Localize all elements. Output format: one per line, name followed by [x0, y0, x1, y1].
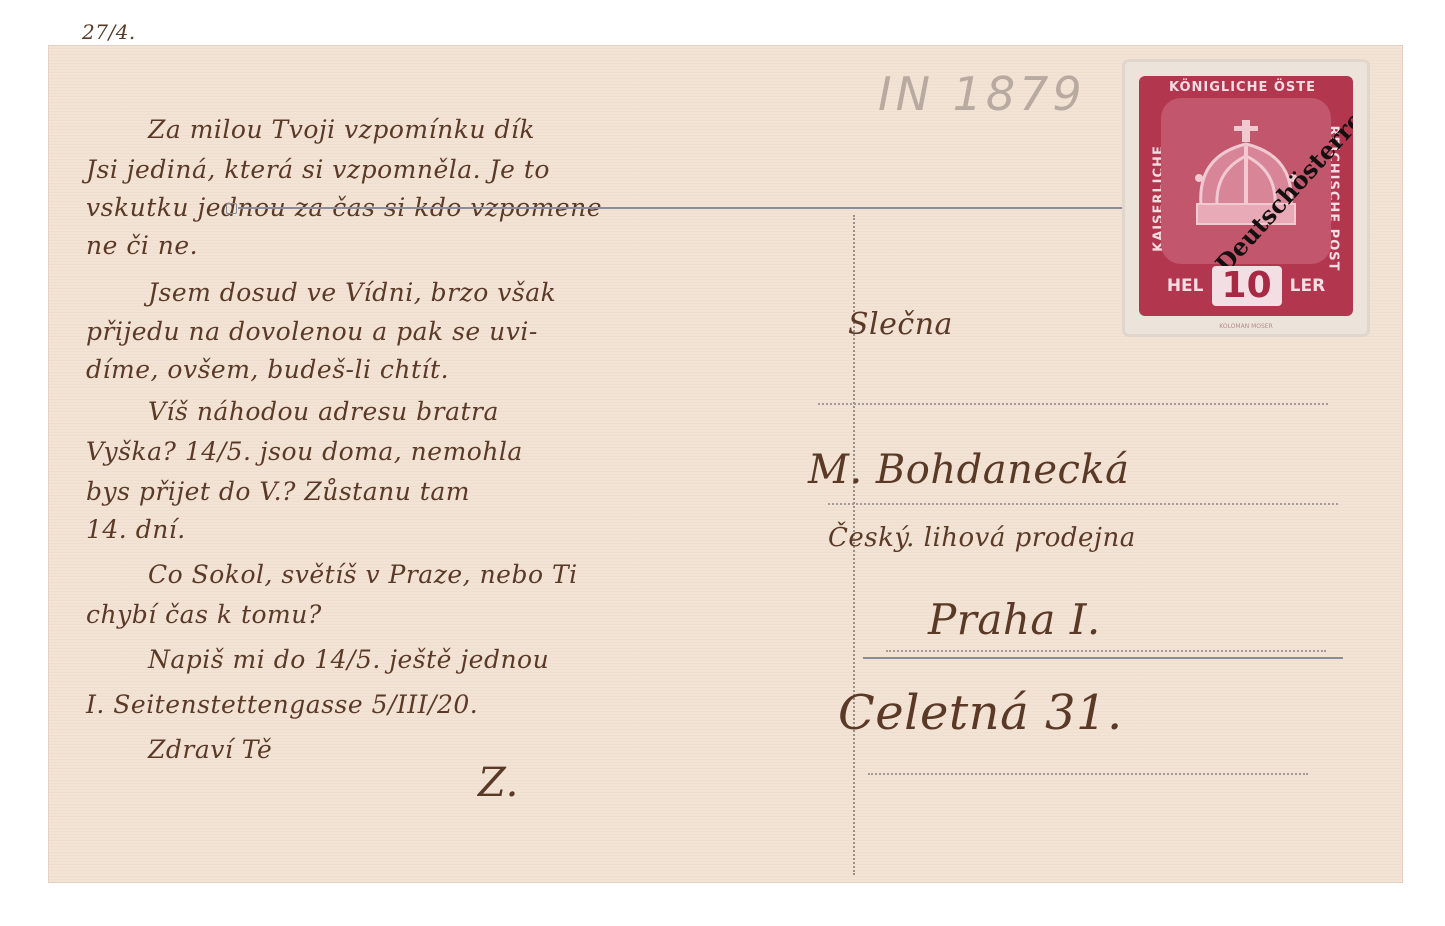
postage-stamp: KÖNIGLICHE ÖSTE KAISERLICHE REICHISCHE P… [1125, 62, 1367, 334]
address-name: M. Bohdanecká [808, 447, 1130, 493]
stamp-denom-right: LER [1290, 276, 1326, 296]
message-line: Za milou Tvoji vzpomínku dík [148, 115, 535, 144]
message-line: Napiš mi do 14/5. ještě jednou [148, 645, 549, 674]
message-line: Zdraví Tě [148, 735, 272, 764]
address-city: Praha I. [928, 595, 1101, 644]
address-salutation: Slečna [848, 307, 953, 342]
stamp-value: 10 [1212, 266, 1282, 306]
message-date: 27/4. [82, 20, 136, 44]
message-line: bys přijet do V.? Zůstanu tam [86, 477, 470, 506]
message-line: ne či ne. [86, 231, 198, 260]
message-line: 14. dní. [86, 515, 186, 544]
address-rule [818, 403, 1328, 405]
signature: Z. [478, 760, 519, 806]
message-line: Víš náhodou adresu bratra [148, 397, 499, 426]
message-line: Vyška? 14/5. jsou doma, nemohla [86, 437, 523, 466]
message-line: díme, ovšem, budeš-li chtít. [86, 355, 449, 384]
message-line: Jsi jediná, která si vzpomněla. Je to [86, 155, 550, 184]
address-rule [886, 650, 1326, 652]
address-rule-solid [863, 657, 1343, 659]
printer-mark-icon [226, 203, 237, 214]
address-street: Celetná 31. [838, 685, 1123, 741]
pencil-inventory-note: IN 1879 [878, 67, 1086, 121]
address-rule [868, 773, 1308, 775]
address-rule [828, 503, 1338, 505]
stamp-top-text: KÖNIGLICHE ÖSTE [1169, 80, 1316, 95]
message-line: Co Sokol, světíš v Praze, nebo Ti [148, 560, 578, 589]
message-line: přijedu na dovolenou a pak se uvi- [86, 317, 538, 346]
message-line: chybí čas k tomu? [86, 600, 322, 629]
message-line: I. Seitenstettengasse 5/III/20. [86, 690, 478, 719]
stamp-printer-text: KOLOMAN MOSER [1125, 323, 1367, 330]
address-line2: Český. lihová prodejna [828, 523, 1136, 553]
stamp-denom-left: HEL [1167, 276, 1204, 296]
message-line: Jsem dosud ve Vídni, brzo však [148, 278, 556, 307]
address-rule-top [238, 207, 1138, 209]
